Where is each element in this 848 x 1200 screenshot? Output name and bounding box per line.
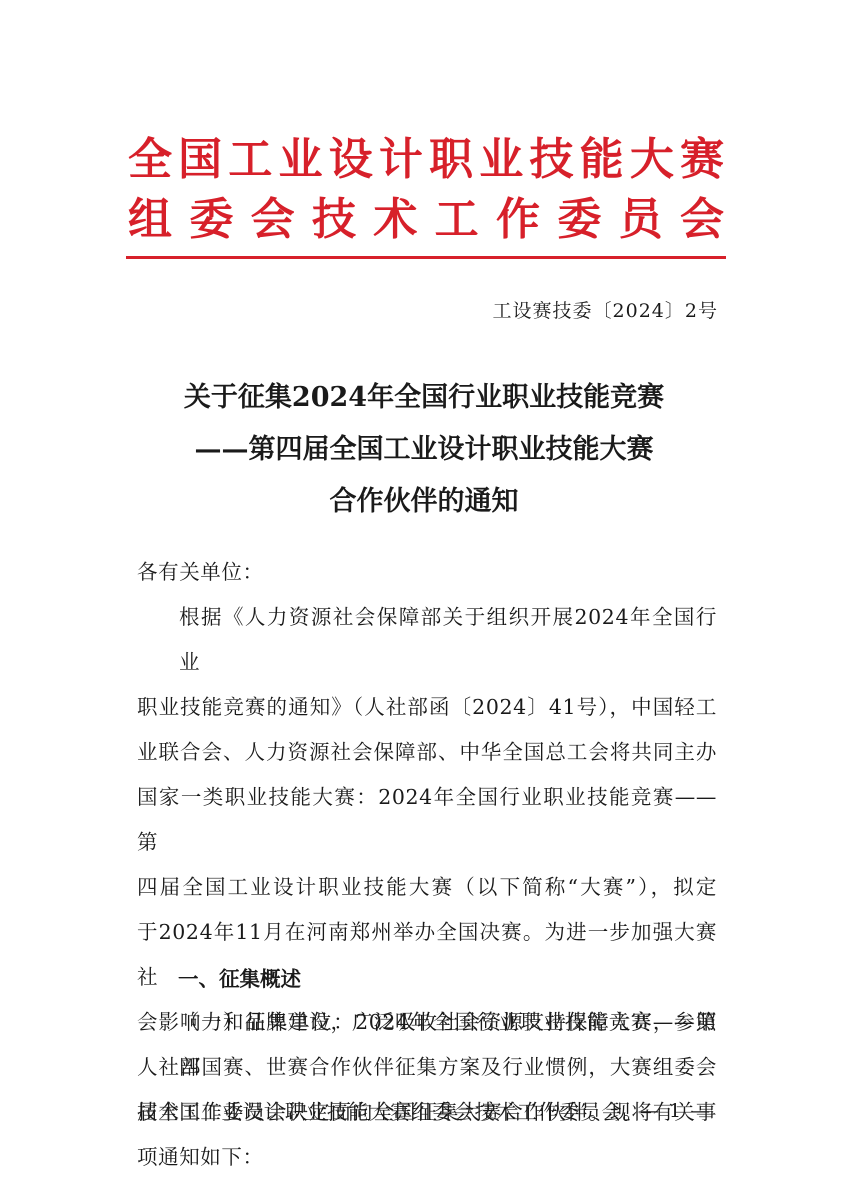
paragraph-line: 项通知如下： [137,1135,717,1180]
paragraph-line: 职业技能竞赛的通知》（人社部函〔2024〕41号），中国轻工 [137,685,717,730]
paragraph-line: 国家一类职业技能大赛：2024年全国行业职业技能竞赛——第 [137,775,717,865]
title-line-2: ——第四届全国工业设计职业技能大赛 [0,424,848,476]
section-heading-1: 一、征集概述 [178,962,301,992]
document-number: 工设赛技委〔2024〕2号 [493,296,718,323]
page-number: — 1 — [640,1100,712,1122]
paragraph-line: 业联合会、人力资源社会保障部、中华全国总工会将共同主办 [137,730,717,775]
letterhead-line-2: 组委会技术工作委员会 [128,190,724,250]
paragraph-line: 届全国工业设计职业技能大赛组委会技术工作委员会。 [137,1090,717,1135]
section-1-item-1: （一）征集单位：2024年全国行业职业技能竞赛——第四 届全国工业设计职业技能大… [137,1000,717,1135]
document-title: 关于征集2024年全国行业职业技能竞赛 ——第四届全国工业设计职业技能大赛 合作… [0,372,848,528]
paragraph-line: （一）征集单位：2024年全国行业职业技能竞赛——第四 [137,1000,717,1090]
letterhead-red-rule [126,256,726,259]
title-line-1: 关于征集2024年全国行业职业技能竞赛 [0,372,848,424]
letterhead-line-1: 全国工业设计职业技能大赛 [128,130,724,190]
paragraph-line: 根据《人力资源社会保障部关于组织开展2024年全国行业 [137,595,717,685]
paragraph-line: 四届全国工业设计职业技能大赛（以下简称“大赛”），拟定 [137,865,717,910]
title-line-3: 合作伙伴的通知 [0,476,848,528]
greeting: 各有关单位： [137,550,717,595]
